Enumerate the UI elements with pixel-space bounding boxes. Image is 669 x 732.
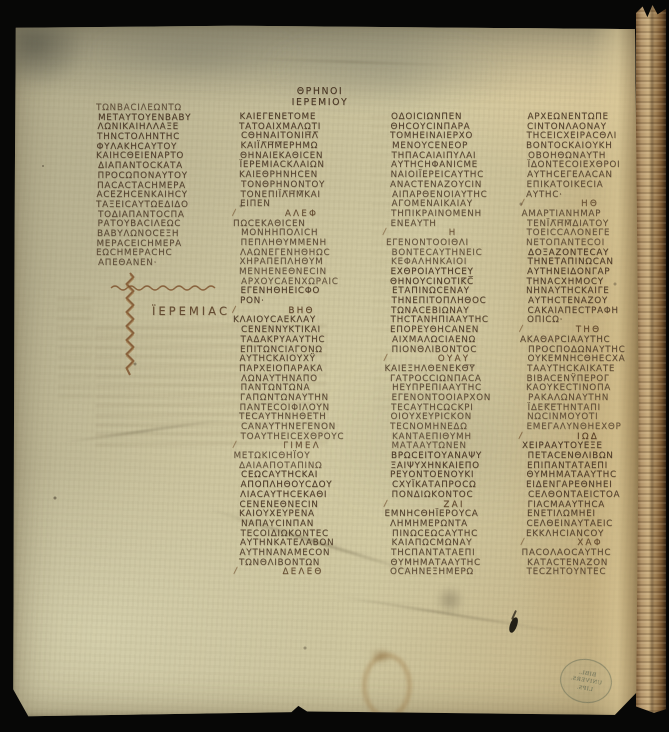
parchment-crease xyxy=(250,57,455,66)
paragraphos-mark: ∕ xyxy=(383,228,386,238)
book-title-line: ΘΡΗΝΟΙ xyxy=(256,87,384,98)
ink-blot xyxy=(508,616,519,633)
text-line: ΑΠΕΘΑΝΕΝ· xyxy=(98,259,230,269)
text-column-2: ΚΑΙΕΓΕΝΕΤΟΜΕΤΑΤΟΑΙΧΜΑΛΩΤΙCΘΗΝΑΙΤΟΝΙΗ̅Λ̅Κ… xyxy=(240,113,364,578)
ink-specks xyxy=(42,165,44,167)
parchment-crease xyxy=(63,419,227,444)
book-spine-edge xyxy=(636,3,666,715)
ring-stain-blob xyxy=(370,648,392,664)
coronis-ornament xyxy=(123,272,137,378)
book-title: ΘΡΗΝΟΙ ΙΕΡΕΜΙΟΥ xyxy=(256,87,384,108)
corner-smudge-stain xyxy=(12,25,88,89)
manuscript-photo: ΘΡΗΝΟΙ ΙΕΡΕΜΙΟΥ ΤΩΝΒΑCΙΛΕΩΝΤΩΜΕΤΑΥΤΟΥΕΝΒ… xyxy=(0,0,669,732)
text-line: ∕ΔΕΛΕΘ xyxy=(241,568,365,578)
parchment-page: ΘΡΗΝΟΙ ΙΕΡΕΜΙΟΥ ΤΩΝΒΑCΙΛΕΩΝΤΩΜΕΤΑΥΤΟΥΕΝΒ… xyxy=(12,25,640,717)
jeremiah-subscription: ΪΕΡΕΜΙΑC xyxy=(152,304,230,318)
paragraphos-mark: ∕ xyxy=(384,354,387,364)
text-line: ΤΕCΖΗΤΟΥΝΤΕC xyxy=(527,568,651,578)
gray-stain xyxy=(90,25,300,83)
paragraphos-mark: ∕ xyxy=(521,199,524,209)
stamp-line: LIPS. xyxy=(576,683,594,693)
paragraphos-mark: ∕ xyxy=(521,538,524,548)
paragraphos-mark: ∕ xyxy=(233,306,236,316)
library-stamp: BIBL. UNIVERS. LIPS. xyxy=(557,655,616,707)
paragraphos-mark: ∕ xyxy=(519,432,522,442)
book-title-line: ΙΕΡΕΜΙΟΥ xyxy=(256,98,384,109)
stacked-page-edges xyxy=(636,3,666,715)
paragraphos-mark: ∕ xyxy=(233,209,236,219)
text-column-3: ΟΔΟΙCΙΩΝΠΕΝΘΗCΟΥCΙΝΠΑΡΑΤΟΜΗΕΙΝΑΙΕΡΧΟΜΕΝΟ… xyxy=(391,113,517,578)
parchment-crease xyxy=(333,595,565,634)
paragraphos-mark: ∕ xyxy=(234,567,237,577)
text-column-1: ΤΩΝΒΑCΙΛΕΩΝΤΩΜΕΤΑΥΤΟΥΕΝΒΑΒΥΛΩΝΙΚΑΙΗΛΛΑΞΕ… xyxy=(97,104,229,269)
paragraphos-mark: ∕ xyxy=(384,500,387,510)
paragraphos-mark: ∕ xyxy=(520,325,523,335)
text-column-4: ΑΡΧΕΩΝΕΝΤΩΠΕCΙΝΤΟΝΛΑΟΝΑΥΤΗCΕΙCΧΕΙΡΑCΘΛΙΒ… xyxy=(527,113,651,578)
text-line: ΟCΑΗΝΕΞΗΜΕΡΩ xyxy=(390,568,516,578)
ink-blot-tail xyxy=(511,610,517,620)
round-stain xyxy=(436,586,464,614)
ink-offset-ghost-text xyxy=(57,297,92,401)
paragraphos-mark: ∕ xyxy=(233,441,236,451)
ring-stain xyxy=(362,653,412,719)
